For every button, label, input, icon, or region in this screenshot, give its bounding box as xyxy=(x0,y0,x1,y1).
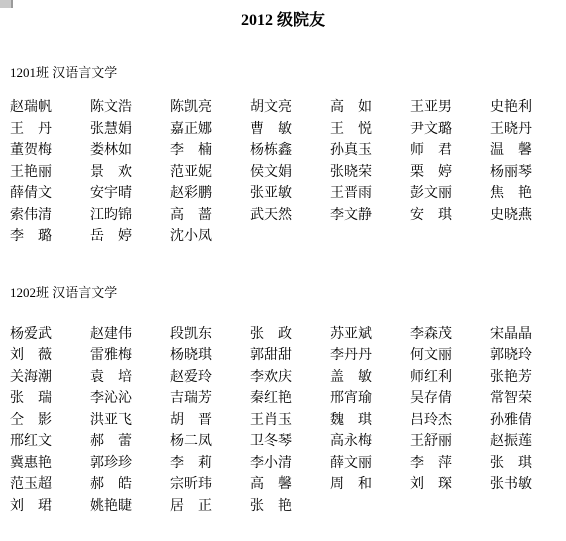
alumnus-name: 卫冬琴 xyxy=(250,431,330,453)
alumnus-name: 索伟清 xyxy=(10,205,90,227)
alumnus-name: 张慧娟 xyxy=(90,119,170,141)
section-header-1201: 1201班 汉语言文学 xyxy=(0,65,566,80)
empty-cell xyxy=(330,496,410,518)
alumnus-name: 居 正 xyxy=(170,496,250,518)
alumnus-name: 杨丽琴 xyxy=(490,162,556,184)
alumnus-name: 王晋雨 xyxy=(330,183,410,205)
name-grid-1201: 赵瑞帆陈文浩陈凯亮胡文亮高 如王亚男史艳利王 丹张慧娟嘉正娜曹 敏王 悦尹文璐王… xyxy=(0,97,556,248)
alumnus-name: 赵彩鹏 xyxy=(170,183,250,205)
alumnus-name: 李文静 xyxy=(330,205,410,227)
alumnus-name: 史晓燕 xyxy=(490,205,556,227)
alumnus-name: 焦 艳 xyxy=(490,183,556,205)
alumnus-name: 高 馨 xyxy=(250,474,330,496)
alumnus-name: 段凯东 xyxy=(170,324,250,346)
alumnus-name: 安宇晴 xyxy=(90,183,170,205)
alumnus-name: 张 琪 xyxy=(490,453,556,475)
alumnus-name: 赵瑞帆 xyxy=(10,97,90,119)
alumnus-name: 沈小凤 xyxy=(170,226,250,248)
empty-cell xyxy=(490,496,556,518)
alumnus-name: 邢宵瑜 xyxy=(330,388,410,410)
alumnus-name: 何文丽 xyxy=(410,345,490,367)
alumnus-name: 王亚男 xyxy=(410,97,490,119)
alumnus-name: 关海潮 xyxy=(10,367,90,389)
alumnus-name: 范亚妮 xyxy=(170,162,250,184)
alumnus-name: 高永梅 xyxy=(330,431,410,453)
page-title: 2012 级院友 xyxy=(0,0,566,30)
alumnus-name: 杨栋鑫 xyxy=(250,140,330,162)
alumnus-name: 武天然 xyxy=(250,205,330,227)
alumnus-name: 盖 敏 xyxy=(330,367,410,389)
alumnus-name: 李 莉 xyxy=(170,453,250,475)
alumnus-name: 彭文丽 xyxy=(410,183,490,205)
empty-cell xyxy=(250,226,330,248)
alumnus-name: 冀惠艳 xyxy=(10,453,90,475)
alumnus-name: 江昀锦 xyxy=(90,205,170,227)
name-grid-1202: 杨爱武赵建伟段凯东张 政苏亚斌李森茂宋晶晶刘 薇雷雅梅杨晓琪郭甜甜李丹丹何文丽郭… xyxy=(0,324,556,518)
alumnus-name: 姚艳睫 xyxy=(90,496,170,518)
alumnus-name: 李 萍 xyxy=(410,453,490,475)
alumnus-name: 刘 珺 xyxy=(10,496,90,518)
alumnus-name: 王 悦 xyxy=(330,119,410,141)
alumnus-name: 杨晓琪 xyxy=(170,345,250,367)
alumnus-name: 范玉超 xyxy=(10,474,90,496)
alumnus-name: 曹 敏 xyxy=(250,119,330,141)
alumnus-name: 岳 婷 xyxy=(90,226,170,248)
alumnus-name: 景 欢 xyxy=(90,162,170,184)
alumnus-name: 杨二凤 xyxy=(170,431,250,453)
empty-cell xyxy=(410,496,490,518)
alumnus-name: 李森茂 xyxy=(410,324,490,346)
alumnus-name: 苏亚斌 xyxy=(330,324,410,346)
alumnus-name: 师红利 xyxy=(410,367,490,389)
alumnus-name: 王 丹 xyxy=(10,119,90,141)
alumnus-name: 周 和 xyxy=(330,474,410,496)
alumnus-name: 王肖玉 xyxy=(250,410,330,432)
alumnus-name: 赵建伟 xyxy=(90,324,170,346)
alumnus-name: 赵振莲 xyxy=(490,431,556,453)
alumnus-name: 张亚敏 xyxy=(250,183,330,205)
alumnus-name: 洪亚飞 xyxy=(90,410,170,432)
alumnus-name: 李小清 xyxy=(250,453,330,475)
alumnus-name: 高 如 xyxy=(330,97,410,119)
alumnus-name: 郝 皓 xyxy=(90,474,170,496)
empty-cell xyxy=(490,226,556,248)
alumnus-name: 郭晓玲 xyxy=(490,345,556,367)
alumnus-name: 雷雅梅 xyxy=(90,345,170,367)
alumnus-name: 董贺梅 xyxy=(10,140,90,162)
alumni-page: 2012 级院友 1201班 汉语言文学 赵瑞帆陈文浩陈凯亮胡文亮高 如王亚男史… xyxy=(0,0,566,541)
alumnus-name: 师 君 xyxy=(410,140,490,162)
alumnus-name: 宗昕玮 xyxy=(170,474,250,496)
alumnus-name: 吉瑞芳 xyxy=(170,388,250,410)
alumnus-name: 王晓丹 xyxy=(490,119,556,141)
alumnus-name: 尹文璐 xyxy=(410,119,490,141)
alumnus-name: 侯文娟 xyxy=(250,162,330,184)
alumnus-name: 王舒丽 xyxy=(410,431,490,453)
alumnus-name: 张晓荣 xyxy=(330,162,410,184)
alumnus-name: 李欢庆 xyxy=(250,367,330,389)
alumnus-name: 娄林如 xyxy=(90,140,170,162)
alumnus-name: 李沁沁 xyxy=(90,388,170,410)
alumnus-name: 郝 蕾 xyxy=(90,431,170,453)
alumnus-name: 王艳丽 xyxy=(10,162,90,184)
alumnus-name: 宋晶晶 xyxy=(490,324,556,346)
alumnus-name: 仝 影 xyxy=(10,410,90,432)
alumnus-name: 薛倩文 xyxy=(10,183,90,205)
alumnus-name: 陈凯亮 xyxy=(170,97,250,119)
alumnus-name: 李丹丹 xyxy=(330,345,410,367)
alumnus-name: 嘉正娜 xyxy=(170,119,250,141)
alumnus-name: 胡 晋 xyxy=(170,410,250,432)
alumnus-name: 孙雅倩 xyxy=(490,410,556,432)
alumnus-name: 魏 琪 xyxy=(330,410,410,432)
alumnus-name: 赵爱玲 xyxy=(170,367,250,389)
empty-cell xyxy=(410,226,490,248)
corner-artifact xyxy=(0,0,13,8)
alumnus-name: 刘 琛 xyxy=(410,474,490,496)
alumnus-name: 栗 婷 xyxy=(410,162,490,184)
alumnus-name: 高 蔷 xyxy=(170,205,250,227)
alumnus-name: 张艳芳 xyxy=(490,367,556,389)
alumnus-name: 胡文亮 xyxy=(250,97,330,119)
alumnus-name: 张 政 xyxy=(250,324,330,346)
alumnus-name: 李 璐 xyxy=(10,226,90,248)
alumnus-name: 刘 薇 xyxy=(10,345,90,367)
alumnus-name: 杨爱武 xyxy=(10,324,90,346)
alumnus-name: 郭珍珍 xyxy=(90,453,170,475)
alumnus-name: 张 艳 xyxy=(250,496,330,518)
alumnus-name: 安 琪 xyxy=(410,205,490,227)
alumnus-name: 秦红艳 xyxy=(250,388,330,410)
alumnus-name: 孙真玉 xyxy=(330,140,410,162)
empty-cell xyxy=(330,226,410,248)
alumnus-name: 张书敏 xyxy=(490,474,556,496)
alumnus-name: 邢红文 xyxy=(10,431,90,453)
alumnus-name: 张 瑞 xyxy=(10,388,90,410)
alumnus-name: 薛文丽 xyxy=(330,453,410,475)
alumnus-name: 史艳利 xyxy=(490,97,556,119)
alumnus-name: 吴存倩 xyxy=(410,388,490,410)
alumnus-name: 常智荣 xyxy=(490,388,556,410)
alumnus-name: 李 楠 xyxy=(170,140,250,162)
alumnus-name: 袁 培 xyxy=(90,367,170,389)
alumnus-name: 郭甜甜 xyxy=(250,345,330,367)
section-header-1202: 1202班 汉语言文学 xyxy=(0,285,566,300)
alumnus-name: 温 馨 xyxy=(490,140,556,162)
alumnus-name: 陈文浩 xyxy=(90,97,170,119)
alumnus-name: 吕玲杰 xyxy=(410,410,490,432)
